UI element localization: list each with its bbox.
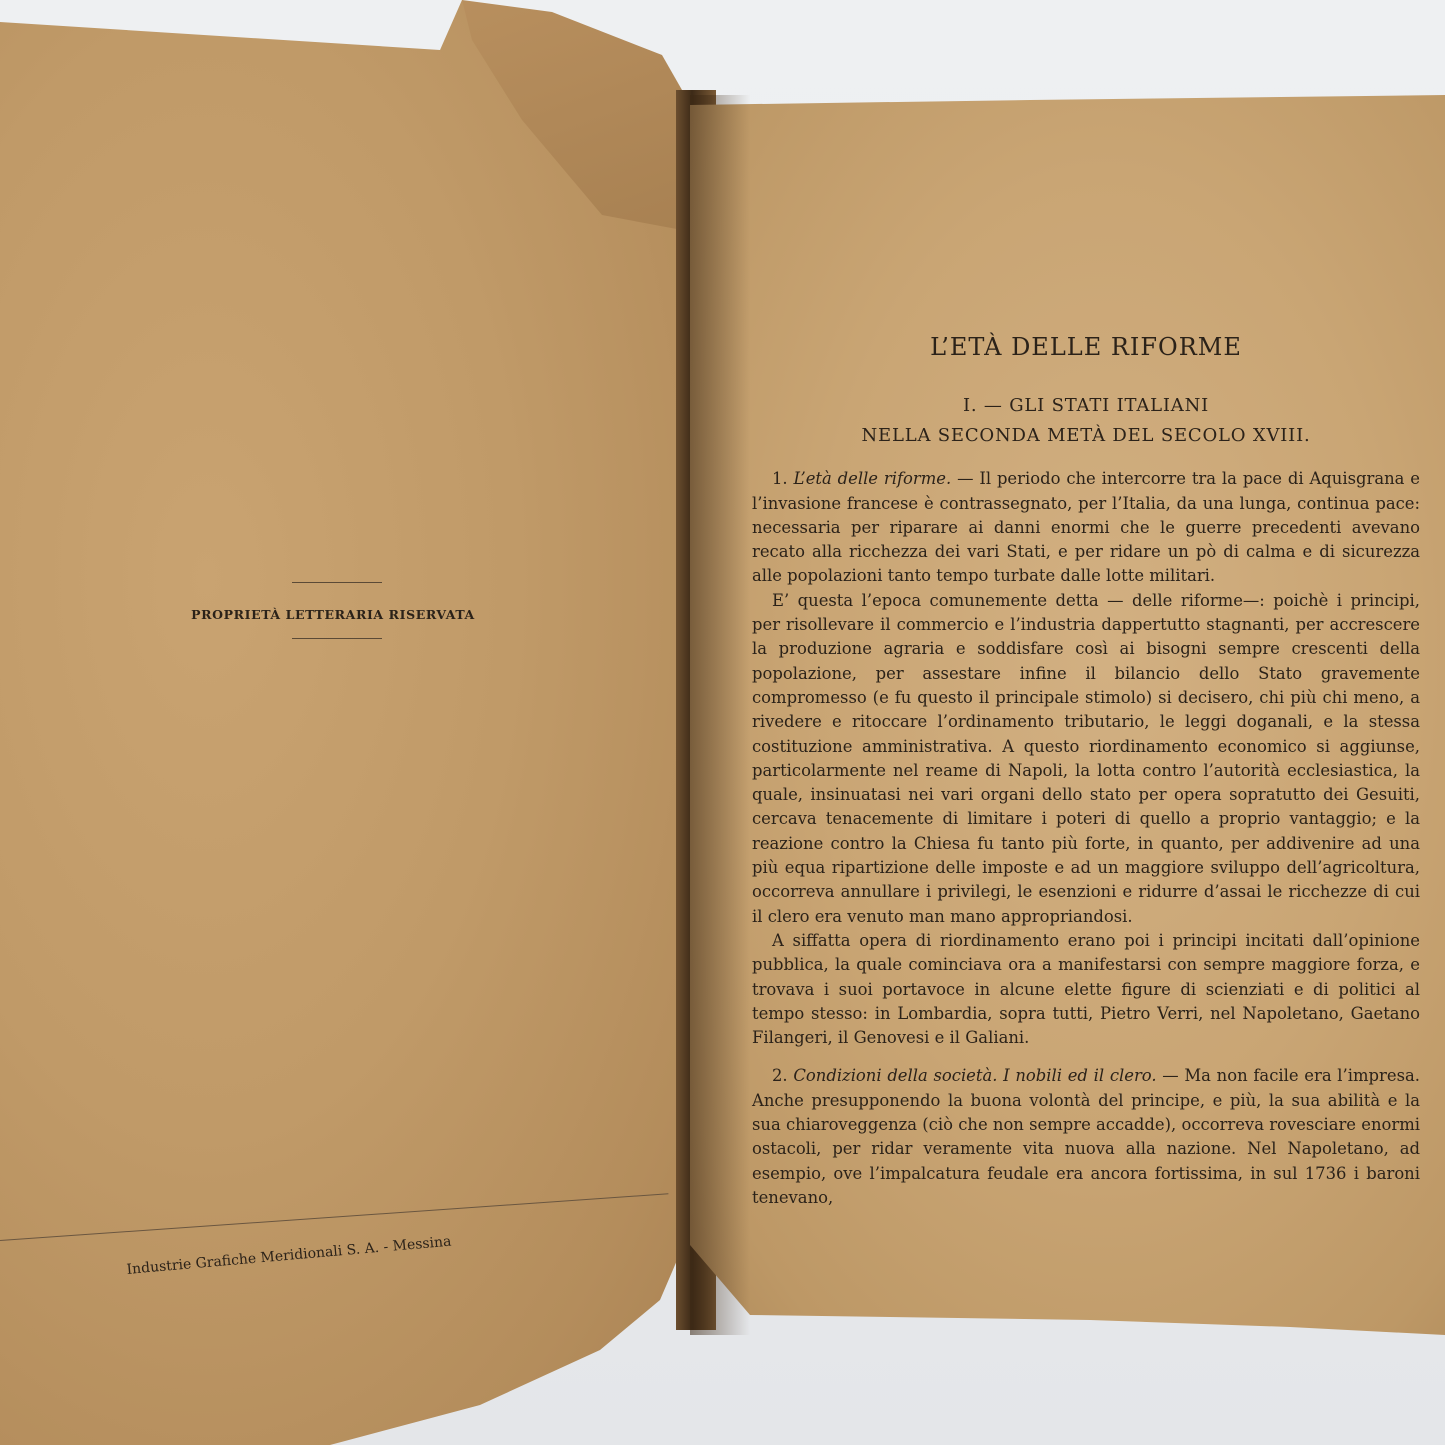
- chapter-heading: I. — GLI STATI ITALIANI NELLA SECONDA ME…: [752, 391, 1420, 451]
- gutter-shadow: [690, 95, 750, 1335]
- section-1-paragraph-3: A siffatta opera di riordinamento erano …: [752, 929, 1420, 1050]
- divider-top: [292, 582, 382, 583]
- section-break: [752, 1050, 1420, 1064]
- divider-bottom: [292, 638, 382, 639]
- chapter-number-title: I. — GLI STATI ITALIANI: [752, 391, 1420, 421]
- section-heading: Condizioni della società. I nobili ed il…: [793, 1066, 1156, 1085]
- paragraph-text: — Ma non facile era l’impresa. Anche pre…: [752, 1066, 1420, 1206]
- section-1-paragraph-1: 1. L’età delle riforme. — Il periodo che…: [752, 467, 1420, 588]
- left-page: [0, 0, 690, 1445]
- copyright-notice: PROPRIETÀ LETTERARIA RISERVATA: [183, 607, 483, 622]
- section-heading: L’età delle riforme.: [794, 469, 952, 488]
- section-2-paragraph-1: 2. Condizioni della società. I nobili ed…: [752, 1064, 1420, 1210]
- page-title: L’ETÀ DELLE RIFORME: [752, 335, 1420, 359]
- right-page-text: L’ETÀ DELLE RIFORME I. — GLI STATI ITALI…: [752, 335, 1420, 1210]
- section-1-paragraph-2: E’ questa l’epoca comunemente detta — de…: [752, 589, 1420, 929]
- chapter-subtitle: NELLA SECONDA METÀ DEL SECOLO XVIII.: [752, 421, 1420, 451]
- section-number: 1.: [772, 469, 788, 488]
- section-number: 2.: [772, 1066, 788, 1085]
